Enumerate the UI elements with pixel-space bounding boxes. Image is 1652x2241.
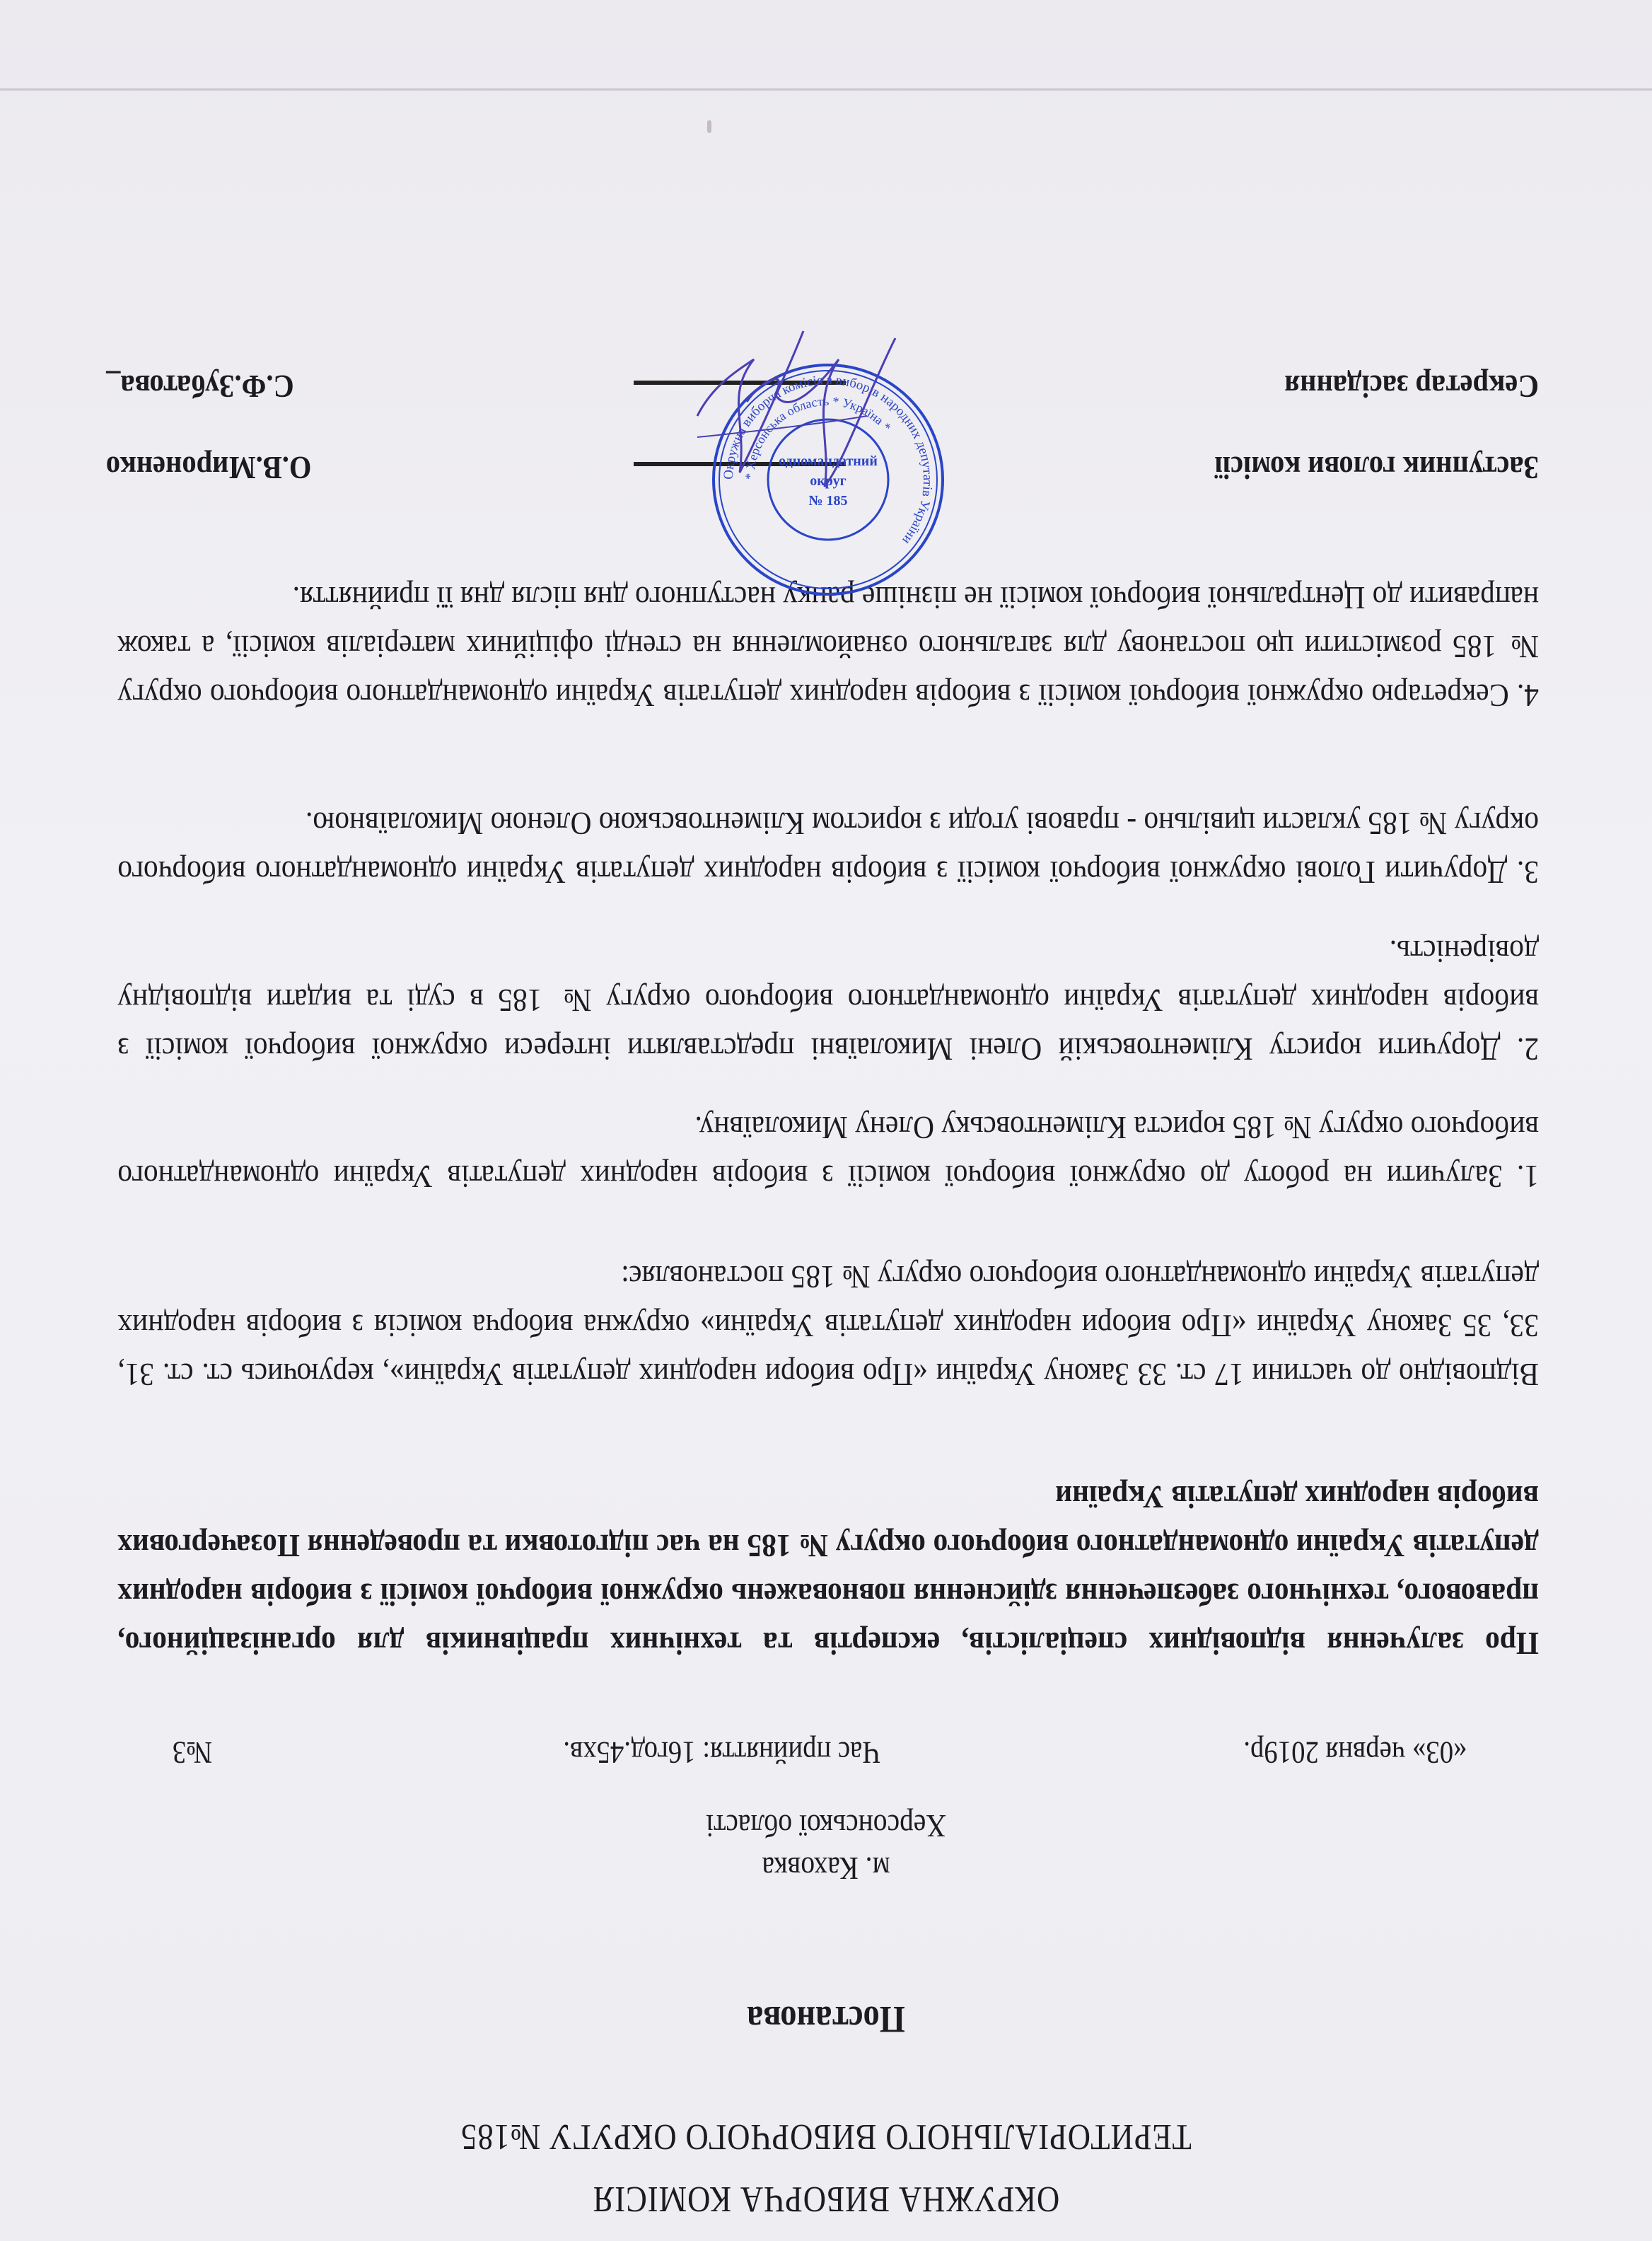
item-text: 3. Доручити Голові окружної виборчої ком…	[117, 799, 1539, 897]
city: м. Каховка	[116, 1850, 1537, 1887]
meta-row: «03» червня 2019р. Час прийняття: 16год.…	[170, 1735, 1482, 1771]
signer-name: С.Ф.Зубатова_	[106, 368, 294, 405]
preamble-text: Відповідно до частини 17 ст. 33 Закону У…	[117, 1253, 1539, 1399]
signer-role: Заступник голови комісії	[1028, 449, 1539, 487]
signer-name: О.В.Мироненко	[106, 449, 312, 487]
item-1: 1. Залучити на роботу до окружної виборч…	[117, 1104, 1539, 1201]
subject: Про залучення відповідних спеціалістів, …	[117, 1473, 1539, 1668]
adoption-time: Час прийняття: 16год.45хв.	[563, 1735, 880, 1771]
header-commission: ОКРУЖНА ВИБОРЧА КОМІСІЯ	[116, 2178, 1537, 2220]
handwritten-signatures-icon	[683, 317, 909, 501]
scan-edge	[0, 88, 1652, 91]
item-text: 1. Залучити на роботу до окружної виборч…	[117, 1104, 1539, 1201]
subject-text: Про залучення відповідних спеціалістів, …	[117, 1473, 1539, 1668]
item-3: 3. Доручити Голові окружної виборчої ком…	[117, 799, 1539, 897]
resolution-number: №3	[173, 1735, 212, 1771]
preamble: Відповідно до частини 17 ст. 33 Закону У…	[117, 1253, 1539, 1399]
item-2: 2. Доручити юристу Кліментовській Олені …	[117, 927, 1539, 1074]
document-type: Постанова	[116, 1998, 1537, 2042]
item-text: 2. Доручити юристу Кліментовській Олені …	[117, 927, 1539, 1074]
document-page: ОКРУЖНА ВИБОРЧА КОМІСІЯ ТЕРИТОРІАЛЬНОГО …	[0, 0, 1652, 2241]
date: «03» червня 2019р.	[1243, 1735, 1467, 1771]
region: Херсонської області	[116, 1807, 1537, 1845]
signer-role: Секретар засідання	[1028, 368, 1539, 405]
header-district: ТЕРИТОРІАЛЬНОГО ВИБОРЧОГО ОКРУГУ №185	[116, 2116, 1537, 2158]
scan-speck	[707, 120, 711, 133]
